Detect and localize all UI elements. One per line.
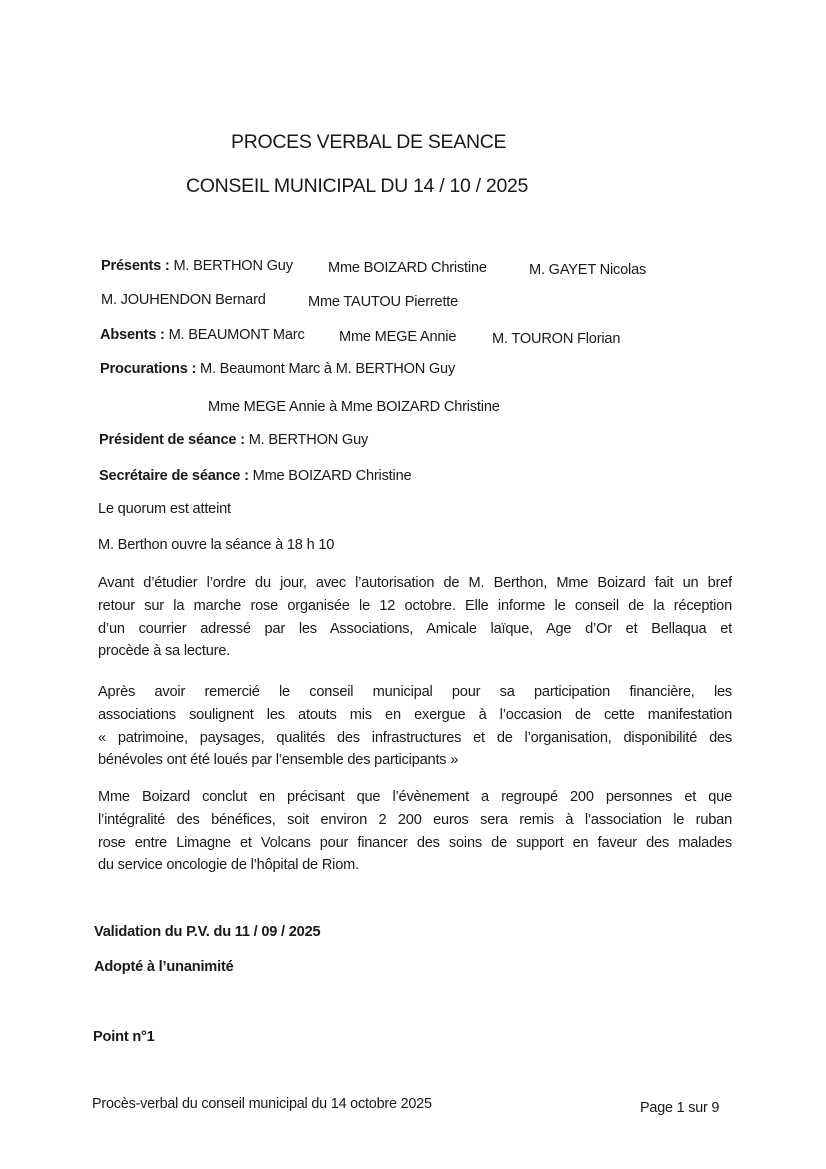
absents-row: Absents : M. BEAUMONT Marc: [100, 327, 305, 343]
secretaire-name: Mme BOIZARD Christine: [253, 468, 412, 484]
paragraph-line: bénévoles ont été loués par l’ensemble d…: [98, 749, 732, 772]
present-member: M. GAYET Nicolas: [529, 262, 646, 278]
paragraph-line: d’un courrier adressé par les Associatio…: [98, 618, 732, 641]
paragraph-line: retour sur la marche rose organisée le 1…: [98, 595, 732, 618]
paragraph-line: Avant d’étudier l’ordre du jour, avec l’…: [98, 572, 732, 595]
ouverture-text: M. Berthon ouvre la séance à 18 h 10: [98, 537, 334, 553]
procurations-label: Procurations :: [100, 361, 196, 377]
president-name: M. BERTHON Guy: [249, 432, 368, 448]
paragraph-line: du service oncologie de l’hôpital de Rio…: [98, 854, 732, 877]
absents-label: Absents :: [100, 327, 165, 343]
present-member: M. BERTHON Guy: [173, 258, 292, 274]
paragraph-line: l’intégralité des bénéfices, soit enviro…: [98, 809, 732, 832]
footer-page-number: Page 1 sur 9: [640, 1100, 719, 1116]
procuration-entry: M. Beaumont Marc à M. BERTHON Guy: [200, 361, 455, 377]
presents-label: Présents :: [101, 258, 170, 274]
absent-member: Mme MEGE Annie: [339, 329, 456, 345]
present-member: Mme BOIZARD Christine: [328, 260, 487, 276]
paragraph-line: associations soulignent les atouts mis e…: [98, 704, 732, 727]
validation-title: Validation du P.V. du 11 / 09 / 2025: [94, 924, 320, 940]
procuration-entry: Mme MEGE Annie à Mme BOIZARD Christine: [208, 399, 500, 415]
paragraph-line: rose entre Limagne et Volcans pour finan…: [98, 832, 732, 855]
validation-result: Adopté à l’unanimité: [94, 959, 234, 975]
point-title: Point n°1: [93, 1029, 155, 1045]
paragraph-line: Après avoir remercié le conseil municipa…: [98, 681, 732, 704]
absent-member: M. TOURON Florian: [492, 331, 620, 347]
president-row: Président de séance : M. BERTHON Guy: [99, 432, 368, 448]
paragraph-line: Mme Boizard conclut en précisant que l’é…: [98, 786, 732, 809]
secretaire-label: Secrétaire de séance :: [99, 468, 249, 484]
document-subtitle: CONSEIL MUNICIPAL DU 14 / 10 / 2025: [186, 175, 528, 198]
present-member: M. JOUHENDON Bernard: [101, 292, 266, 308]
quorum-text: Le quorum est atteint: [98, 501, 231, 517]
document-title: PROCES VERBAL DE SEANCE: [231, 131, 506, 154]
absent-member: M. BEAUMONT Marc: [169, 327, 305, 343]
president-label: Président de séance :: [99, 432, 245, 448]
paragraph-line: procède à sa lecture.: [98, 640, 732, 663]
paragraph-marche-rose: Avant d’étudier l’ordre du jour, avec l’…: [98, 572, 732, 663]
paragraph-associations: Après avoir remercié le conseil municipa…: [98, 681, 732, 772]
procurations-row: Procurations : M. Beaumont Marc à M. BER…: [100, 361, 455, 377]
footer-document-name: Procès-verbal du conseil municipal du 14…: [92, 1096, 432, 1112]
present-member: Mme TAUTOU Pierrette: [308, 294, 458, 310]
presents-row-1: Présents : M. BERTHON Guy: [101, 258, 293, 274]
paragraph-line: « patrimoine, paysages, qualités des inf…: [98, 727, 732, 750]
secretaire-row: Secrétaire de séance : Mme BOIZARD Chris…: [99, 468, 411, 484]
paragraph-conclusion: Mme Boizard conclut en précisant que l’é…: [98, 786, 732, 877]
